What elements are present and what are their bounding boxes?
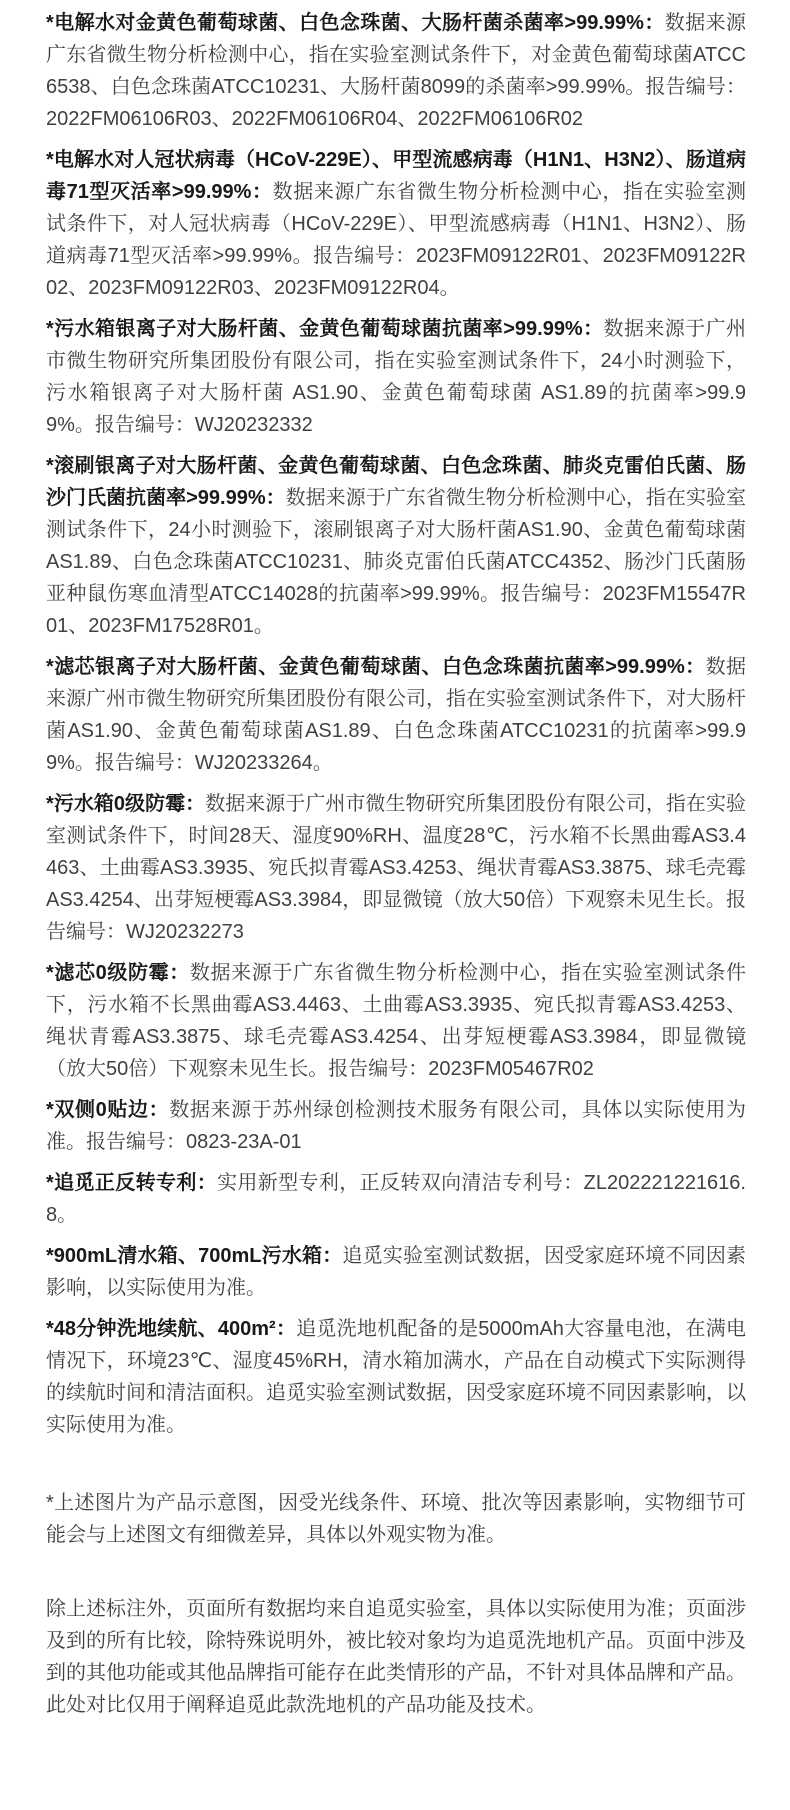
disclaimer-heading: *滤芯银离子对大肠杆菌、金黄色葡萄球菌、白色念珠菌抗菌率>99.99%： [46,656,706,678]
disclaimer-heading: *污水箱银离子对大肠杆菌、金黄色葡萄球菌抗菌率>99.99%： [46,318,604,340]
disclaimer-sewage-tank-mold-proof: *污水箱0级防霉：数据来源于广州市微生物研究所集团股份有限公司，指在实验室测试条… [46,788,746,948]
disclaimer-heading: *追觅正反转专利： [46,1172,217,1194]
product-disclaimer-page: *电解水对金黄色葡萄球菌、白色念珠菌、大肠杆菌杀菌率>99.99%：数据来源广东… [0,0,790,1810]
disclaimer-battery-runtime: *48分钟洗地续航、400m²：追觅洗地机配备的是5000mAh大容量电池，在满… [46,1313,746,1441]
disclaimer-rotation-patent: *追觅正反转专利：实用新型专利，正反转双向清洁专利号：ZL20222122161… [46,1167,746,1231]
disclaimer-heading: *污水箱0级防霉： [46,793,205,815]
disclaimer-water-tanks: *900mL清水箱、700mL污水箱：追觅实验室测试数据，因受家庭环境不同因素影… [46,1240,746,1304]
disclaimer-heading: *双侧0贴边： [46,1099,169,1121]
disclaimer-heading: *48分钟洗地续航、400m²： [46,1318,296,1340]
disclaimer-body: 数据来源于广东省微生物分析检测中心，指在实验室测试条件下，24小时测验下，滚刷银… [46,487,746,637]
disclaimer-filter-silver-ion: *滤芯银离子对大肠杆菌、金黄色葡萄球菌、白色念珠菌抗菌率>99.99%：数据来源… [46,651,746,779]
disclaimer-zero-edge-both-sides: *双侧0贴边：数据来源于苏州绿创检测技术服务有限公司，具体以实际使用为准。报告编… [46,1094,746,1158]
disclaimer-electrolyzed-water-sterilization: *电解水对金黄色葡萄球菌、白色念珠菌、大肠杆菌杀菌率>99.99%：数据来源广东… [46,7,746,135]
disclaimer-electrolyzed-water-virus: *电解水对人冠状病毒（HCoV-229E）、甲型流感病毒（H1N1、H3N2）、… [46,144,746,304]
disclaimer-heading: *900mL清水箱、700mL污水箱： [46,1245,342,1267]
note-general: 除上述标注外，页面所有数据均来自追觅实验室，具体以实际使用为准；页面涉及到的所有… [46,1593,746,1721]
disclaimer-heading: *滤芯0级防霉： [46,962,190,984]
disclaimer-filter-mold-proof: *滤芯0级防霉：数据来源于广东省微生物分析检测中心，指在实验室测试条件下，污水箱… [46,957,746,1085]
note-product-image: *上述图片为产品示意图，因受光线条件、环境、批次等因素影响，实物细节可能会与上述… [46,1487,746,1551]
disclaimer-heading: *电解水对金黄色葡萄球菌、白色念珠菌、大肠杆菌杀菌率>99.99%： [46,12,665,34]
disclaimer-roller-brush-silver-ion: *滚刷银离子对大肠杆菌、金黄色葡萄球菌、白色念珠菌、肺炎克雷伯氏菌、肠沙门氏菌抗… [46,450,746,642]
disclaimer-sewage-tank-silver-ion: *污水箱银离子对大肠杆菌、金黄色葡萄球菌抗菌率>99.99%：数据来源于广州市微… [46,313,746,441]
disclaimer-body: 数据来源于广州市微生物研究所集团股份有限公司，指在实验室测试条件下，时间28天、… [46,793,746,943]
